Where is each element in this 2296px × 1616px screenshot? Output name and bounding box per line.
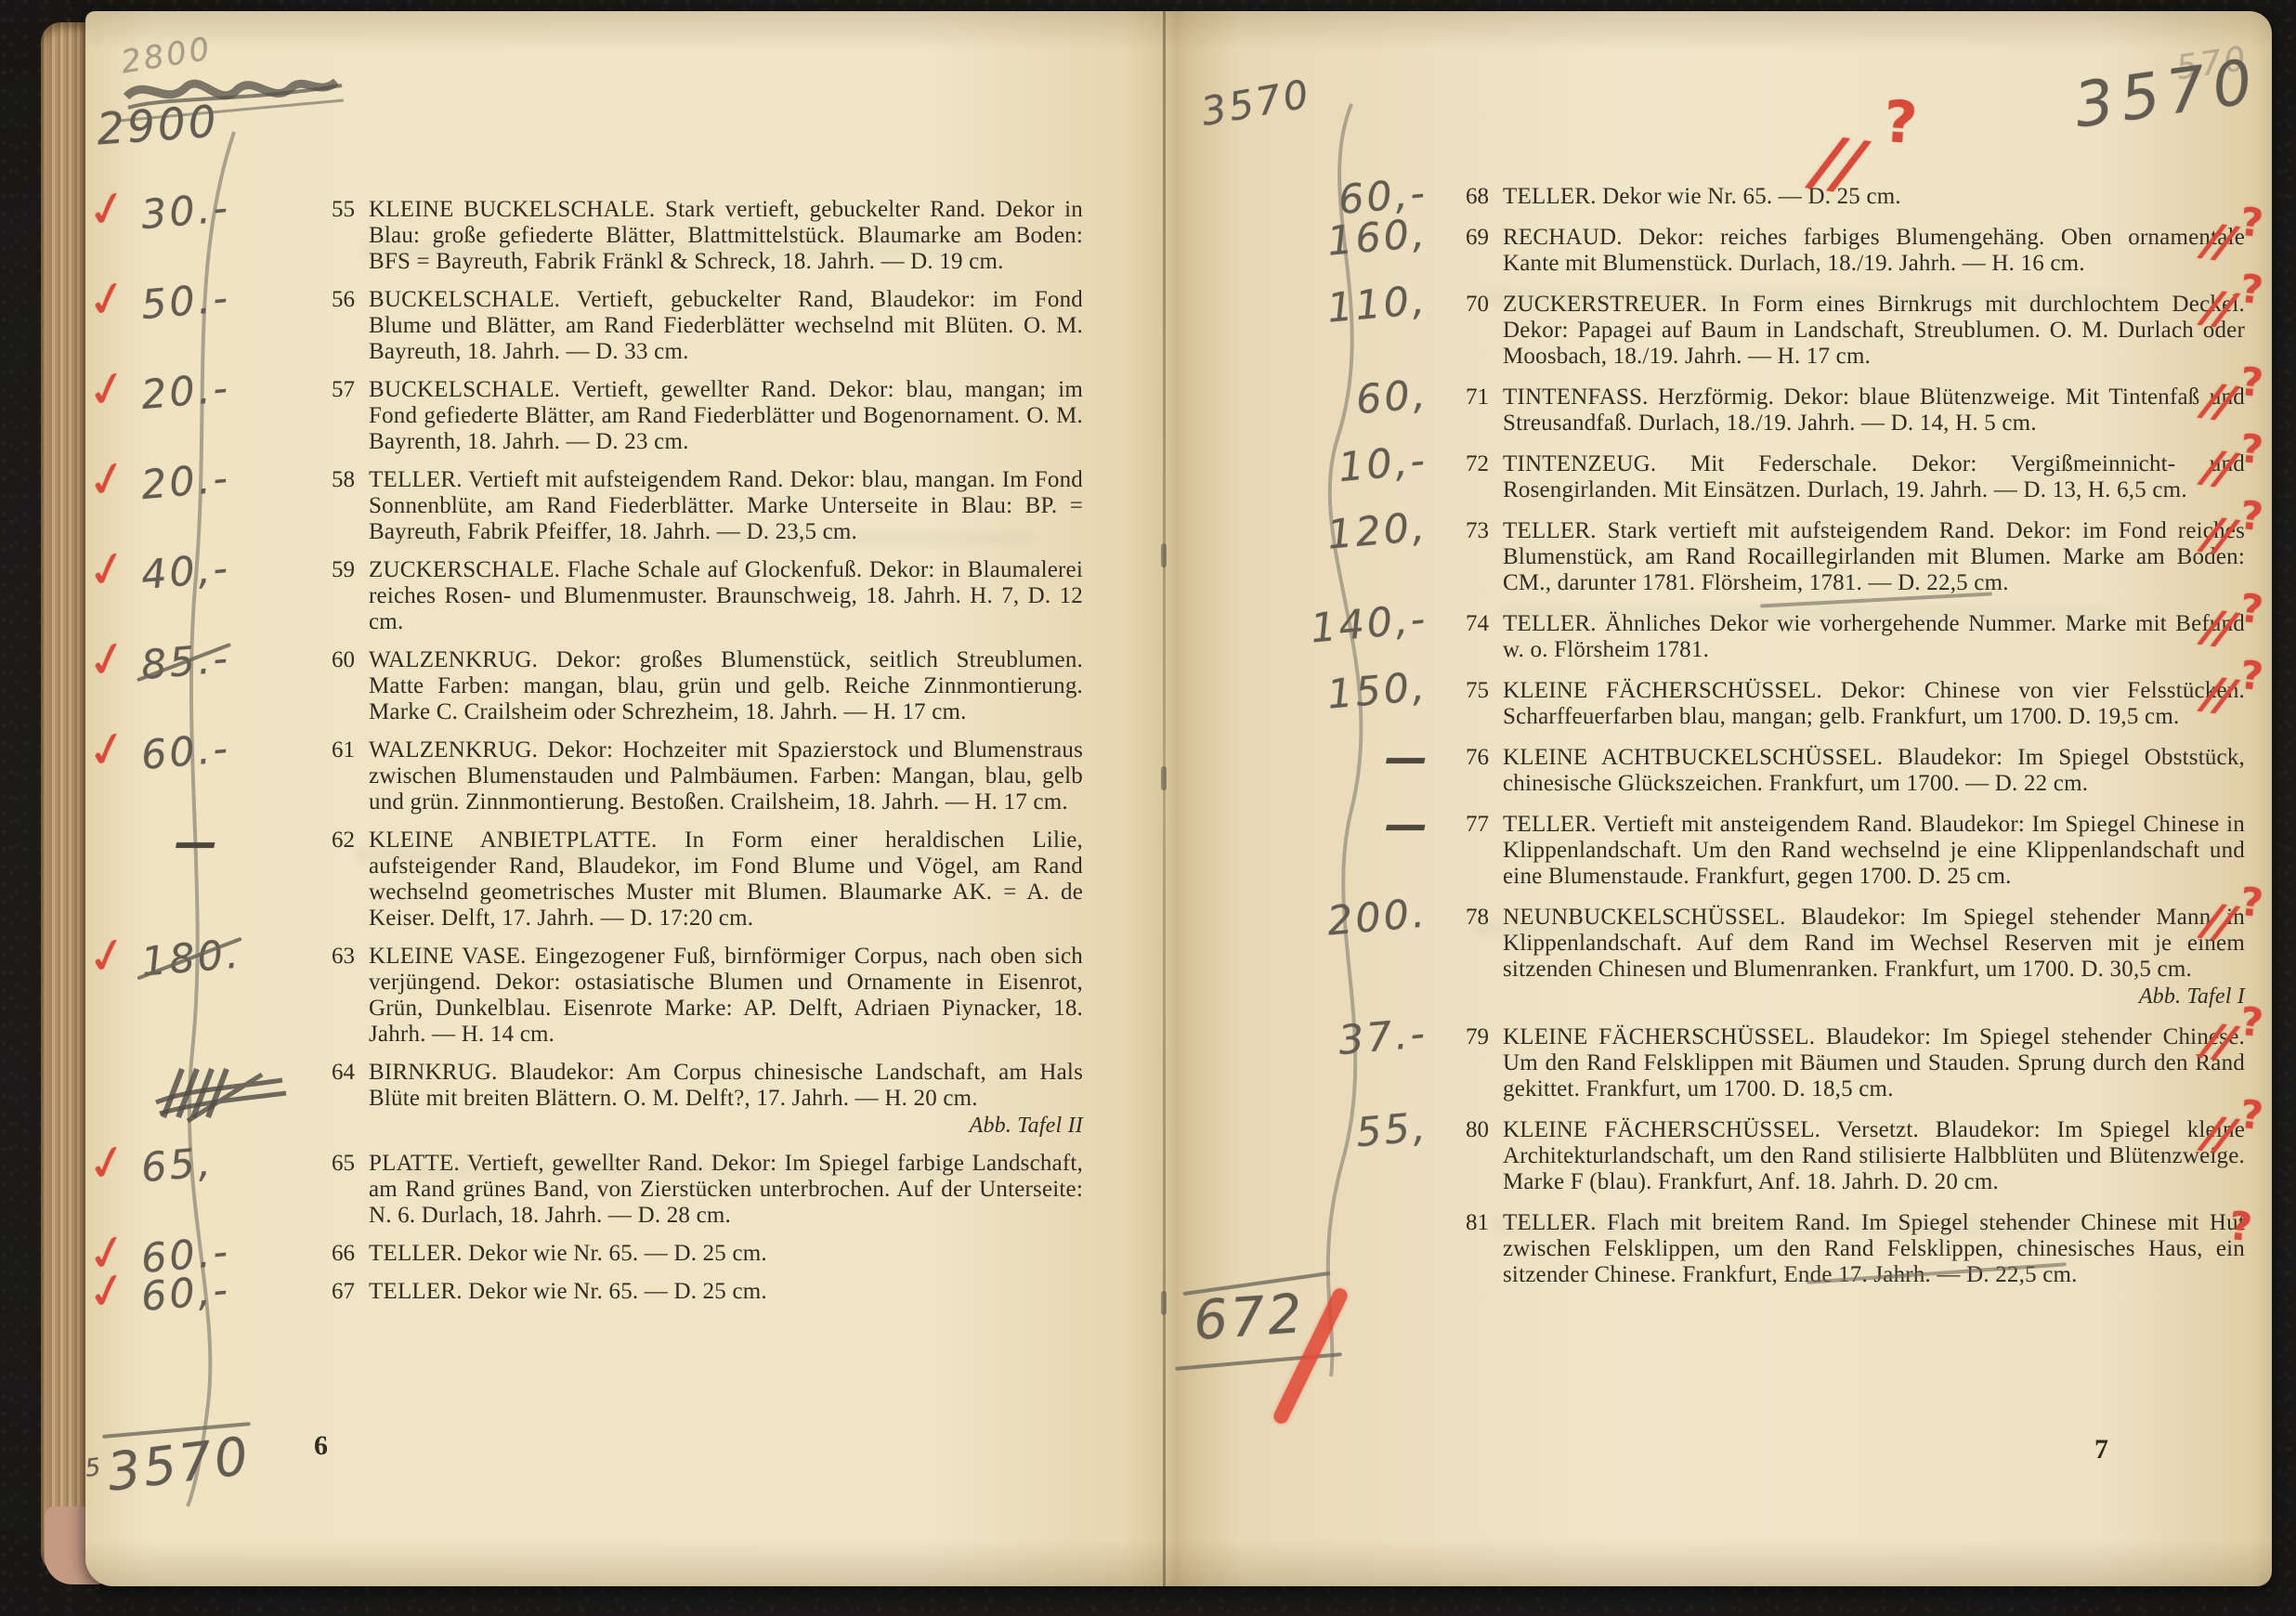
catalog-item: 78 NEUNBUCKELSCHÜSSEL. Blaudekor: Im Spi… [1444, 905, 2245, 1010]
pencil-price: — [1385, 802, 1428, 847]
catalog-item: 58 TELLER. Vertieft mit aufsteigendem Ra… [310, 467, 1083, 545]
catalog-item: 55 KLEINE BUCKELSCHALE. Stark vertieft, … [310, 197, 1083, 275]
pencil-price: 180. [139, 932, 243, 984]
pencil-price: 37.- [1337, 1011, 1429, 1063]
margin-price-annotation: ✓ 20.- [87, 460, 229, 504]
item-number: 67 [310, 1279, 369, 1305]
item-description: KLEINE VASE. Eingezogener Fuß, birnförmi… [369, 944, 1083, 1047]
item-text: ZUCKERSCHALE. Flache Schale auf Glockenf… [369, 557, 1083, 635]
red-crayon-mark: // ? [2204, 606, 2263, 650]
item-description: BUCKELSCHALE. Vertieft, gebuckelter Rand… [369, 287, 1083, 364]
margin-price-annotation: — [1205, 802, 1428, 847]
page-number-right: 7 [2094, 1434, 2108, 1466]
item-description: KLEINE BUCKELSCHALE. Stark vertieft, geb… [369, 197, 1083, 274]
red-crayon-mark: // ? [2204, 1019, 2263, 1063]
item-number: 80 [1444, 1117, 1503, 1195]
item-description: KLEINE ANBIETPLATTE. In Form einer heral… [369, 828, 1083, 931]
item-number: 55 [310, 197, 369, 275]
item-text: BUCKELSCHALE. Vertieft, gewellter Rand. … [369, 377, 1083, 455]
item-number: 79 [1444, 1024, 1503, 1102]
red-check-icon: ✓ [84, 1140, 132, 1188]
item-number: 75 [1444, 678, 1503, 730]
pencil-price: — [175, 820, 217, 865]
item-text: WALZENKRUG. Dekor: großes Blumenstück, s… [369, 647, 1083, 725]
right-page-item-list: 68 TELLER. Dekor wie Nr. 65. — D. 25 cm.… [1444, 184, 2245, 1303]
catalog-page-left: 55 KLEINE BUCKELSCHALE. Stark vertieft, … [85, 11, 1163, 1586]
left-page-item-list: 55 KLEINE BUCKELSCHALE. Stark vertieft, … [310, 197, 1083, 1317]
item-number: 63 [310, 944, 369, 1048]
pencil-price: 20.- [139, 456, 232, 508]
pencil-carry-digit: 5 [84, 1453, 105, 1483]
item-number: 66 [310, 1241, 369, 1267]
pencil-price: 20.- [139, 366, 232, 418]
margin-price-annotation: ✓ 40,- [87, 550, 229, 594]
margin-price-annotation: ✓ 60,- [87, 1271, 229, 1316]
item-description: TELLER. Dekor wie Nr. 65. — D. 25 cm. [369, 1279, 767, 1304]
item-text: TINTENFASS. Herzförmig. Dekor: blaue Blü… [1503, 384, 2245, 437]
pencil-corner-3570: 3570 [1198, 71, 1315, 135]
item-plate-note: Abb. Tafel II [369, 1113, 1083, 1139]
red-question-mark-icon: ? [1882, 103, 1918, 142]
pencil-price: 65, [139, 1140, 215, 1192]
item-number: 59 [310, 557, 369, 635]
catalog-item: 73 TELLER. Stark vertieft mit aufsteigen… [1444, 518, 2245, 596]
margin-price-annotation: — [1205, 736, 1428, 780]
item-description: KLEINE FÄCHERSCHÜSSEL. Dekor: Chinese vo… [1503, 678, 2245, 729]
pencil-price: 60, [1354, 372, 1429, 424]
item-text: KLEINE ACHTBUCKELSCHÜSSEL. Blaudekor: Im… [1503, 745, 2245, 797]
item-number: 65 [310, 1151, 369, 1229]
item-text: TELLER. Stark vertieft mit aufsteigendem… [1503, 518, 2245, 596]
catalog-item: 59 ZUCKERSCHALE. Flache Schale auf Glock… [310, 557, 1083, 635]
item-number: 62 [310, 828, 369, 932]
red-check-icon: ✓ [84, 932, 132, 981]
pencil-note-2800: 2800 [118, 31, 215, 82]
red-check-icon: ✓ [84, 1268, 132, 1316]
pencil-price: 30.- [139, 186, 232, 238]
item-number: 60 [310, 647, 369, 725]
item-description: ZUCKERSCHALE. Flache Schale auf Glockenf… [369, 557, 1083, 634]
item-number: 68 [1444, 184, 1503, 210]
catalog-item: 71 TINTENFASS. Herzförmig. Dekor: blaue … [1444, 384, 2245, 437]
item-text: TELLER. Vertieft mit ansteigendem Rand. … [1503, 812, 2245, 890]
red-check-icon: ✓ [84, 366, 132, 414]
catalog-item: 67 TELLER. Dekor wie Nr. 65. — D. 25 cm. [310, 1279, 1083, 1305]
catalog-item: 75 KLEINE FÄCHERSCHÜSSEL. Dekor: Chinese… [1444, 678, 2245, 730]
item-number: 81 [1444, 1210, 1503, 1288]
item-text: BUCKELSCHALE. Vertieft, gebuckelter Rand… [369, 287, 1083, 365]
red-question-mark-icon: ? [2238, 657, 2264, 696]
catalog-item: 79 KLEINE FÄCHERSCHÜSSEL. Blaudekor: Im … [1444, 1024, 2245, 1102]
item-number: 72 [1444, 451, 1503, 503]
pencil-total-value: 3570 [104, 1426, 254, 1503]
item-number: 71 [1444, 384, 1503, 437]
margin-price-annotation: 55, [1205, 1108, 1428, 1153]
item-description: WALZENKRUG. Dekor: Hochzeiter mit Spazie… [369, 737, 1083, 815]
pencil-price: 10,- [1337, 438, 1429, 490]
red-check-icon: ✓ [84, 636, 132, 684]
margin-price-annotation: 140,- [1205, 602, 1428, 646]
red-check-icon: ✓ [84, 276, 132, 324]
margin-price-annotation: 150, [1205, 669, 1428, 713]
item-number: 64 [310, 1060, 369, 1139]
red-check-icon: ✓ [84, 186, 132, 234]
pencil-price: 160, [1325, 211, 1429, 264]
item-description: KLEINE FÄCHERSCHÜSSEL. Blaudekor: Im Spi… [1503, 1024, 2245, 1101]
margin-price-annotation: ✓ 20.- [87, 370, 229, 414]
margin-price-annotation: 60, [1205, 375, 1428, 420]
catalog-item: 70 ZUCKERSTREUER. In Form eines Birnkrug… [1444, 292, 2245, 370]
catalog-item: 81 TELLER. Flach mit breitem Rand. Im Sp… [1444, 1210, 2245, 1288]
margin-price-annotation: ✓ 30.- [87, 189, 229, 234]
catalog-item: 60 WALZENKRUG. Dekor: großes Blumenstück… [310, 647, 1083, 725]
catalog-item: 80 KLEINE FÄCHERSCHÜSSEL. Versetzt. Blau… [1444, 1117, 2245, 1195]
red-question-mark-icon: ? [2238, 430, 2264, 469]
pencil-price: 140,- [1309, 597, 1429, 652]
pencil-price: 110, [1325, 278, 1429, 331]
margin-price-annotation: 120, [1205, 509, 1428, 554]
pencil-corner-3570-large: 3570 [2070, 45, 2264, 141]
margin-price-annotation: 200. [1205, 895, 1428, 940]
margin-price-annotation: 37.- [1205, 1015, 1428, 1060]
item-number: 70 [1444, 292, 1503, 370]
item-text: TELLER. Dekor wie Nr. 65. — D. 25 cm. [369, 1241, 1083, 1267]
red-question-mark-icon: ? [2238, 497, 2264, 536]
item-number: 69 [1444, 225, 1503, 277]
item-text: BIRNKRUG. Blaudekor: Am Corpus chinesisc… [369, 1060, 1083, 1139]
red-question-mark-icon: ? [2238, 1003, 2264, 1042]
red-crayon-mark: // ? [2204, 672, 2263, 717]
margin-price-annotation: — [175, 820, 217, 865]
pencil-price: 85.- [139, 636, 232, 688]
red-crayon-mark: // ? [2204, 379, 2263, 424]
pencil-price: — [1385, 736, 1428, 780]
item-text: WALZENKRUG. Dekor: Hochzeiter mit Spazie… [369, 737, 1083, 815]
margin-price-annotation: ✓ 180. [87, 936, 241, 981]
item-number: 74 [1444, 611, 1503, 663]
margin-price-annotation: 160, [1205, 215, 1428, 260]
red-crayon-mark: // ? [2204, 1112, 2263, 1156]
item-text: NEUNBUCKELSCHÜSSEL. Blaudekor: Im Spiege… [1503, 905, 2245, 1010]
item-text: KLEINE FÄCHERSCHÜSSEL. Dekor: Chinese vo… [1503, 678, 2245, 730]
item-description: ZUCKERSTREUER. In Form eines Birnkrugs m… [1503, 292, 2245, 369]
item-number: 78 [1444, 905, 1503, 1010]
red-crayon-mark: // ? [2204, 899, 2263, 944]
item-number: 57 [310, 377, 369, 455]
item-description: NEUNBUCKELSCHÜSSEL. Blaudekor: Im Spiege… [1503, 905, 2245, 982]
pencil-note-2900: 2900 [95, 96, 220, 155]
catalog-item: 61 WALZENKRUG. Dekor: Hochzeiter mit Spa… [310, 737, 1083, 815]
red-question-mark-icon: ? [2238, 590, 2264, 629]
red-crayon-mark: ? [2220, 1223, 2251, 1260]
item-text: PLATTE. Vertieft, gewellter Rand. Dekor:… [369, 1151, 1083, 1229]
item-text: RECHAUD. Dekor: reiches farbiges Blumeng… [1503, 225, 2245, 277]
catalog-item: 65 PLATTE. Vertieft, gewellter Rand. Dek… [310, 1151, 1083, 1229]
pencil-price: 50.- [139, 276, 232, 328]
item-description: TELLER. Vertieft mit aufsteigendem Rand.… [369, 467, 1083, 544]
red-crayon-mark: // ? [2204, 286, 2263, 331]
margin-price-annotation: 110, [1205, 282, 1428, 327]
catalog-item: 62 KLEINE ANBIETPLATTE. In Form einer he… [310, 828, 1083, 932]
item-description: PLATTE. Vertieft, gewellter Rand. Dekor:… [369, 1151, 1083, 1228]
catalog-item: 72 TINTENZEUG. Mit Federschale. Dekor: V… [1444, 451, 2245, 503]
red-question-mark-icon: ? [2238, 1096, 2264, 1135]
item-description: WALZENKRUG. Dekor: großes Blumenstück, s… [369, 647, 1083, 724]
catalog-item: 63 KLEINE VASE. Eingezogener Fuß, birnfö… [310, 944, 1083, 1048]
item-description: TELLER. Ähnliches Dekor wie vorhergehend… [1503, 611, 2245, 662]
item-description: TELLER. Stark vertieft mit aufsteigendem… [1503, 518, 2245, 595]
item-description: BIRNKRUG. Blaudekor: Am Corpus chinesisc… [369, 1060, 1083, 1111]
item-plate-note: Abb. Tafel I [1503, 984, 2245, 1010]
red-question-mark-icon: ? [2238, 203, 2264, 242]
pencil-price: 55, [1354, 1105, 1429, 1156]
catalog-item: 76 KLEINE ACHTBUCKELSCHÜSSEL. Blaudekor:… [1444, 745, 2245, 797]
margin-price-annotation: ✓ 65, [87, 1143, 213, 1188]
catalog-page-right: 68 TELLER. Dekor wie Nr. 65. — D. 25 cm.… [1166, 11, 2272, 1586]
item-text: TELLER. Vertieft mit aufsteigendem Rand.… [369, 467, 1083, 545]
item-description: TINTENZEUG. Mit Federschale. Dekor: Verg… [1503, 451, 2245, 502]
catalog-item: 77 TELLER. Vertieft mit ansteigendem Ran… [1444, 812, 2245, 890]
pencil-price: 150, [1325, 664, 1429, 717]
item-number: 77 [1444, 812, 1503, 890]
item-description: KLEINE FÄCHERSCHÜSSEL. Versetzt. Blaudek… [1503, 1117, 2245, 1194]
catalog-item: 56 BUCKELSCHALE. Vertieft, gebuckelter R… [310, 287, 1083, 365]
margin-price-annotation: ✓ 85.- [87, 640, 229, 684]
item-number: 76 [1444, 745, 1503, 797]
page-number-left: 6 [314, 1430, 328, 1462]
item-description: TELLER. Dekor wie Nr. 65. — D. 25 cm. [369, 1241, 767, 1266]
catalog-item: 69 RECHAUD. Dekor: reiches farbiges Blum… [1444, 225, 2245, 277]
item-text: KLEINE BUCKELSCHALE. Stark vertieft, geb… [369, 197, 1083, 275]
item-text: KLEINE VASE. Eingezogener Fuß, birnförmi… [369, 944, 1083, 1048]
red-crayon-mark: // ? [1816, 130, 1917, 195]
item-text: ZUCKERSTREUER. In Form eines Birnkrugs m… [1503, 292, 2245, 370]
item-number: 58 [310, 467, 369, 545]
item-description: TELLER. Vertieft mit ansteigendem Rand. … [1503, 812, 2245, 889]
catalog-item: 57 BUCKELSCHALE. Vertieft, gewellter Ran… [310, 377, 1083, 455]
red-question-mark-icon: ? [2238, 363, 2264, 402]
red-check-icon: ✓ [84, 456, 132, 504]
pencil-price: 200. [1325, 891, 1429, 944]
item-number: 61 [310, 737, 369, 815]
item-text: KLEINE FÄCHERSCHÜSSEL. Blaudekor: Im Spi… [1503, 1024, 2245, 1102]
margin-price-annotation: 10,- [1205, 442, 1428, 487]
item-description: TINTENFASS. Herzförmig. Dekor: blaue Blü… [1503, 384, 2245, 436]
red-crayon-mark: // ? [2204, 446, 2263, 490]
red-question-mark-icon: ? [2238, 883, 2264, 922]
pencil-price: 60,- [139, 1268, 232, 1320]
red-crayon-mark: // ? [2204, 513, 2263, 557]
pencil-price: 60.- [139, 726, 232, 778]
item-description: KLEINE ACHTBUCKELSCHÜSSEL. Blaudekor: Im… [1503, 745, 2245, 796]
red-question-mark-icon: ? [2227, 1207, 2253, 1246]
item-number: 73 [1444, 518, 1503, 596]
item-description: RECHAUD. Dekor: reiches farbiges Blumeng… [1503, 225, 2245, 276]
item-number: 56 [310, 287, 369, 365]
margin-price-annotation: ✓ 60.- [87, 730, 229, 775]
pencil-price: 40,- [139, 546, 232, 598]
catalog-item: 64 BIRNKRUG. Blaudekor: Am Corpus chines… [310, 1060, 1083, 1139]
pencil-price: 120, [1325, 504, 1429, 557]
item-text: TELLER. Ähnliches Dekor wie vorhergehend… [1503, 611, 2245, 663]
catalog-item: 66 TELLER. Dekor wie Nr. 65. — D. 25 cm. [310, 1241, 1083, 1267]
red-double-slash-icon: // [1804, 128, 1872, 196]
pencil-tally-scribble [150, 1062, 290, 1127]
margin-price-annotation: ✓ 50.- [87, 280, 229, 324]
item-text: TINTENZEUG. Mit Federschale. Dekor: Verg… [1503, 451, 2245, 503]
catalog-item: 74 TELLER. Ähnliches Dekor wie vorhergeh… [1444, 611, 2245, 663]
pencil-total-672: 672 [1192, 1282, 1307, 1352]
item-text: KLEINE FÄCHERSCHÜSSEL. Versetzt. Blaudek… [1503, 1117, 2245, 1195]
red-check-icon: ✓ [84, 546, 132, 594]
item-text: TELLER. Dekor wie Nr. 65. — D. 25 cm. [369, 1279, 1083, 1305]
red-question-mark-icon: ? [2238, 270, 2264, 309]
red-check-icon: ✓ [84, 726, 132, 775]
item-description: BUCKELSCHALE. Vertieft, gewellter Rand. … [369, 377, 1083, 454]
item-text: KLEINE ANBIETPLATTE. In Form einer heral… [369, 828, 1083, 932]
red-crayon-mark: // ? [2204, 219, 2263, 264]
